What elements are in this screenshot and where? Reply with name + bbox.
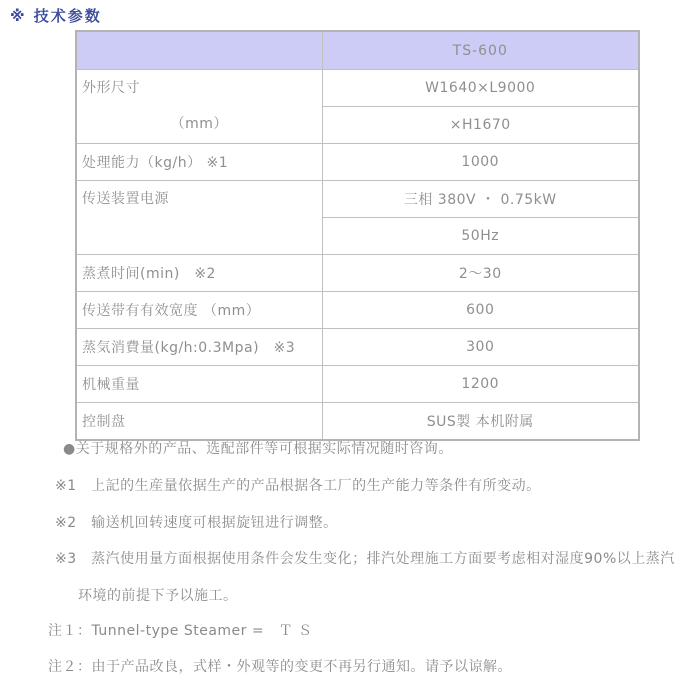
steam-time-label-cell: 蒸煮时间(min) ※2	[76, 255, 322, 292]
power-value-line2: 50Hz	[322, 218, 639, 255]
weight-label-cell: 机械重量	[76, 366, 322, 403]
table-row: 蒸煮时间(min) ※2 2～30	[76, 255, 639, 292]
header-empty-cell	[76, 31, 322, 70]
power-label: 传送装置电源	[77, 181, 322, 217]
page-title: ※ 技术参数	[10, 5, 102, 26]
note-2: ※2 输送机回转速度可根据旋钮进行调整。	[55, 515, 338, 532]
capacity-value-cell: 1000	[322, 144, 639, 181]
table-row: 处理能力（kg/h） ※1 1000	[76, 144, 639, 181]
dimensions-label: 外形尺寸	[77, 70, 322, 106]
table-row: 机械重量 1200	[76, 366, 639, 403]
header-model-cell: TS-600	[322, 31, 639, 70]
weight-value-cell: 1200	[322, 366, 639, 403]
belt-width-value-cell: 600	[322, 292, 639, 329]
dimensions-value-line2: ×H1670	[322, 107, 639, 144]
note-3-line1: ※3 蒸汽使用量方面根据使用条件会发生变化；排汽处理施工方面要考虑相对湿度90%…	[55, 551, 675, 568]
belt-width-label-cell: 传送带有有效宽度 （mm）	[76, 292, 322, 329]
dimensions-unit-label: （mm）	[77, 106, 322, 142]
note-3-line2: 环境的前提下予以施工。	[78, 588, 238, 605]
table-row: 控制盘 SUS製 本机附属	[76, 403, 639, 441]
remark-1: 注１：Tunnel-type Steamer = Ｔ Ｓ	[48, 623, 313, 640]
table-row: 传送装置电源 三相 380V ・ 0.75kW	[76, 181, 639, 218]
dimensions-label-cell: 外形尺寸 （mm）	[76, 70, 322, 144]
steam-consumption-value-cell: 300	[322, 329, 639, 366]
power-value-line1: 三相 380V ・ 0.75kW	[322, 181, 639, 218]
table-header-row: TS-600	[76, 31, 639, 70]
note-1: ※1 上記的生産量依据生产的产品根据各工厂的生产能力等条件有所变动。	[55, 478, 541, 495]
table-row: 蒸気消費量(kg/h:0.3Mpa) ※3 300	[76, 329, 639, 366]
table-row: 外形尺寸 （mm） W1640×L9000	[76, 70, 639, 107]
steam-consumption-label-cell: 蒸気消費量(kg/h:0.3Mpa) ※3	[76, 329, 322, 366]
control-panel-label-cell: 控制盘	[76, 403, 322, 441]
spec-table: TS-600 外形尺寸 （mm） W1640×L9000 ×H1670 处理能力…	[75, 30, 640, 441]
control-panel-value-cell: SUS製 本机附属	[322, 403, 639, 441]
remark-2: 注２：由于产品改良，式样・外观等的变更不再另行通知。请予以谅解。	[48, 659, 512, 676]
note-general: ●关于规格外的产品、选配部件等可根据实际情况随时咨询。	[63, 441, 453, 458]
dimensions-value-line1: W1640×L9000	[322, 70, 639, 107]
table-row: 传送带有有效宽度 （mm） 600	[76, 292, 639, 329]
steam-time-value-cell: 2～30	[322, 255, 639, 292]
capacity-label-cell: 处理能力（kg/h） ※1	[76, 144, 322, 181]
power-label-cell: 传送装置电源	[76, 181, 322, 255]
